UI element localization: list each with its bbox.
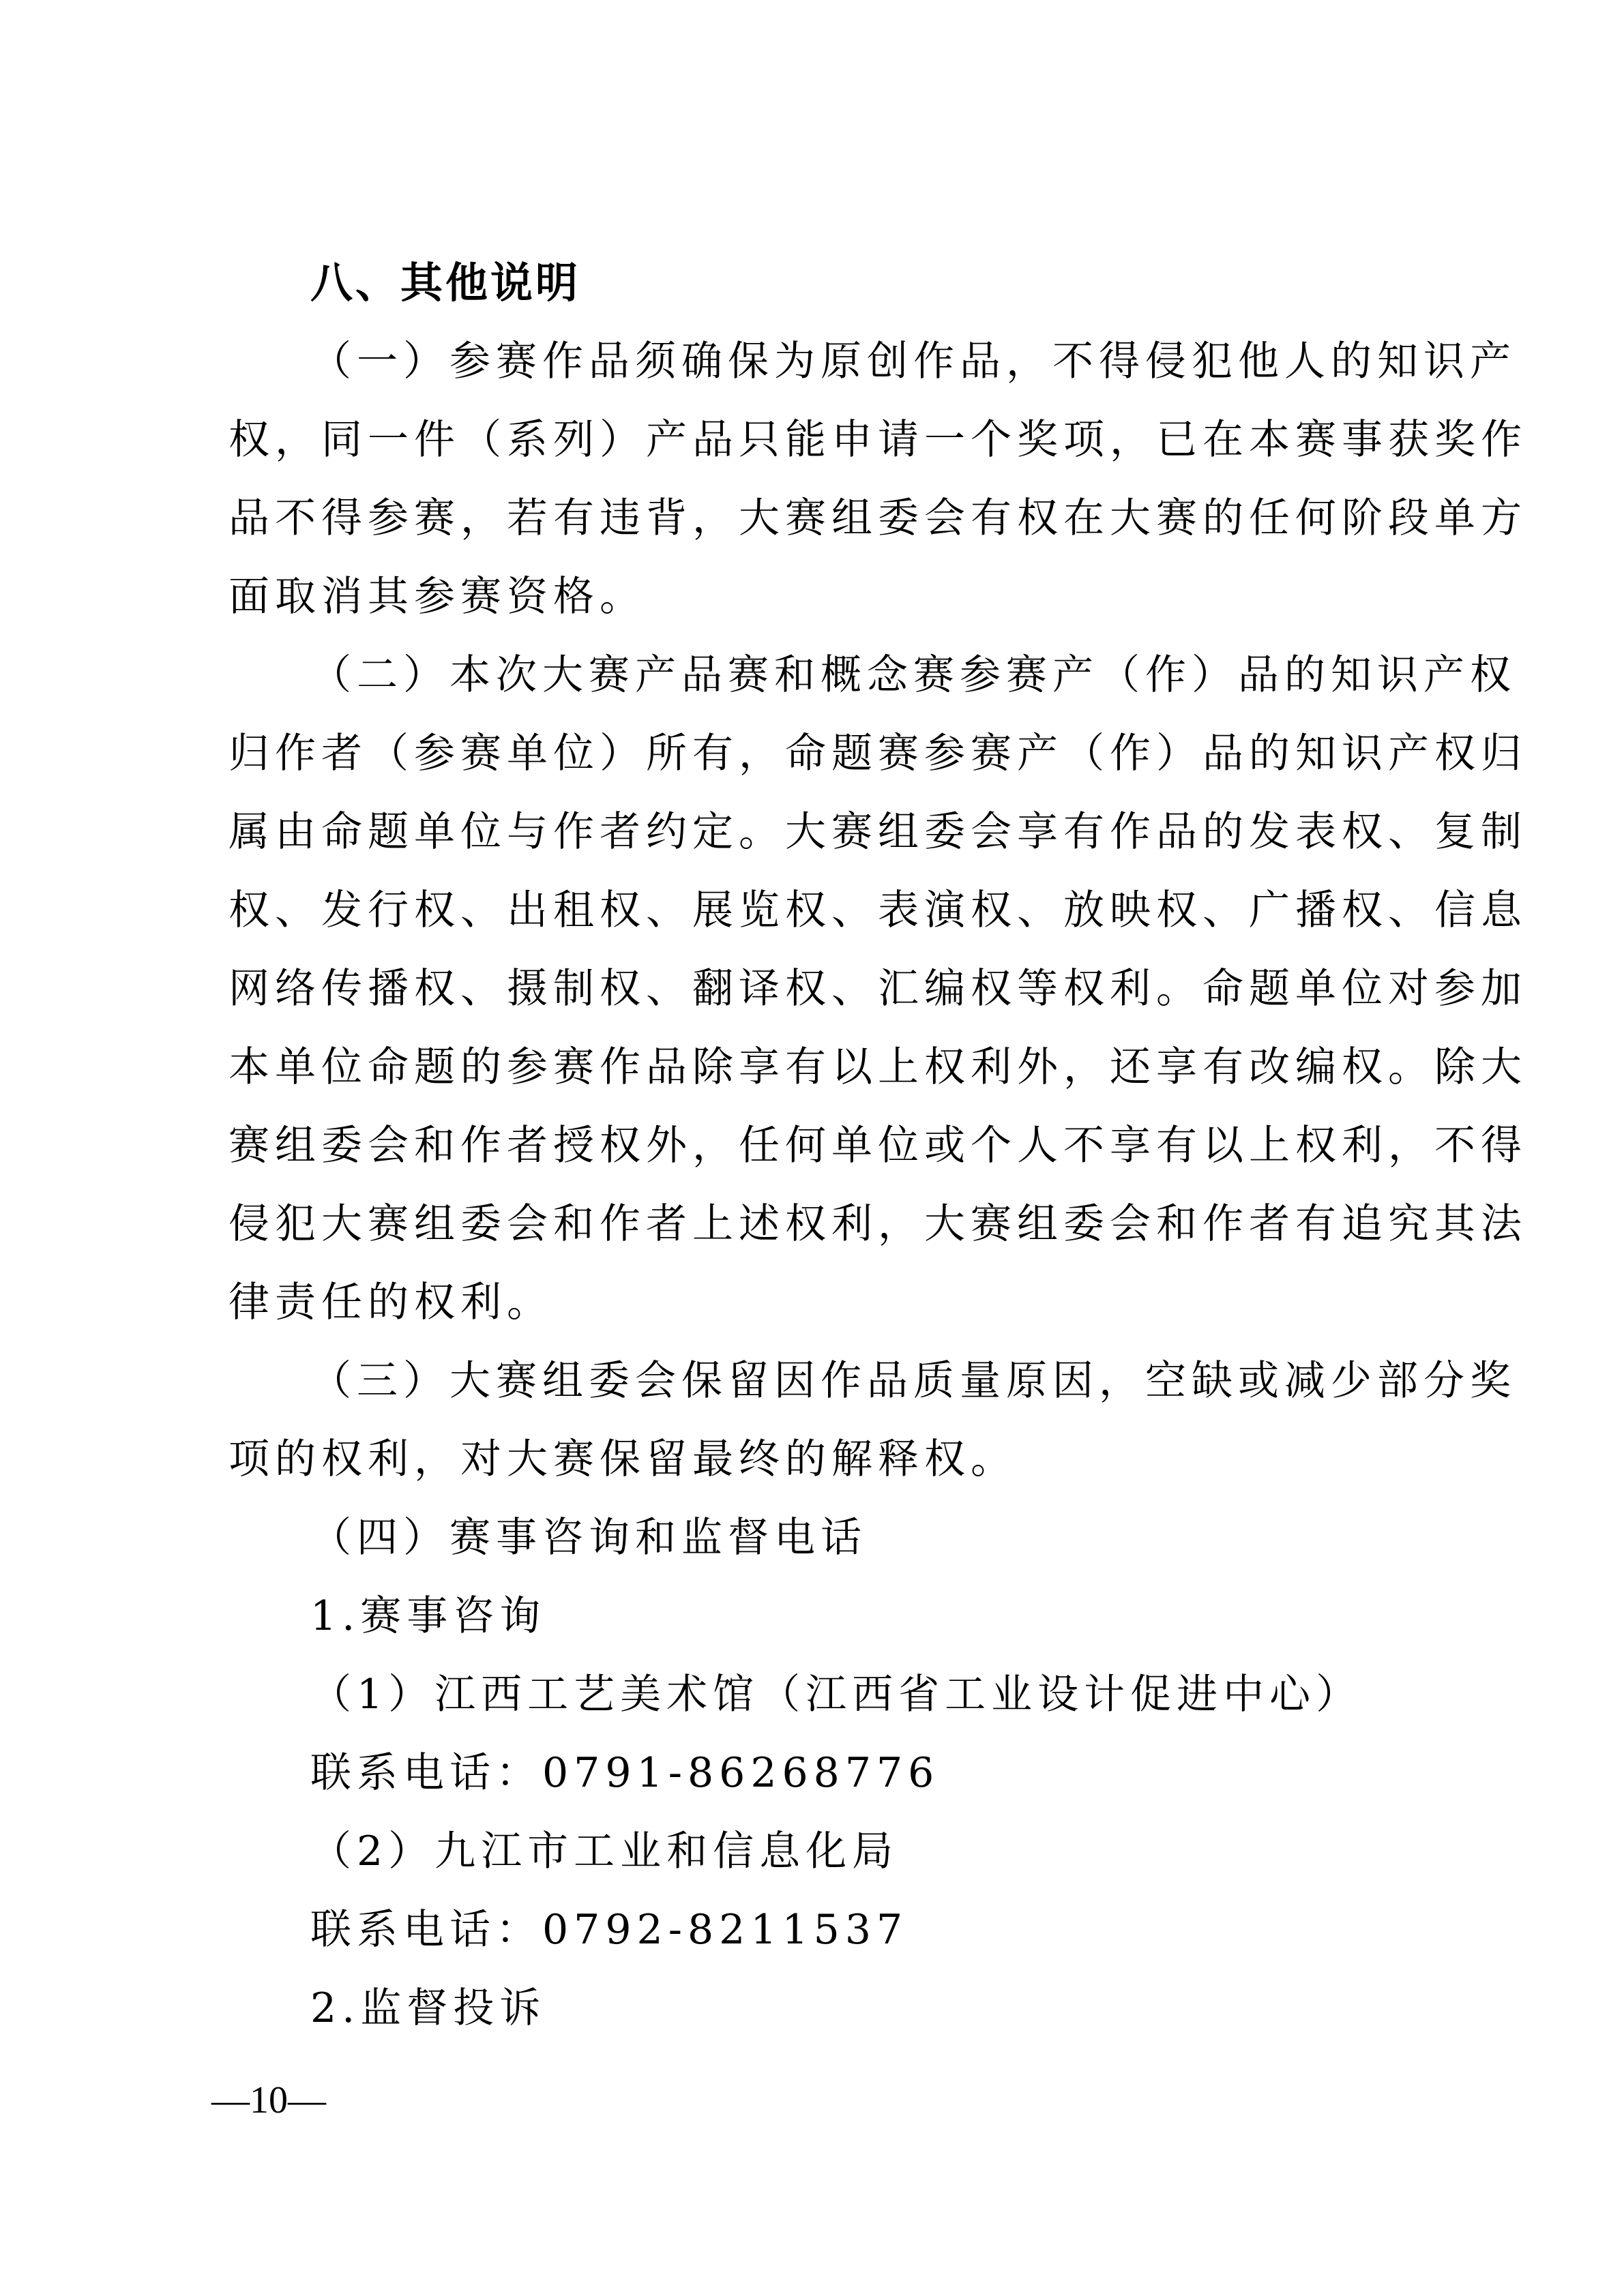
contact-2-phone-row: 联系电话：0792-8211537 xyxy=(310,1903,1429,1957)
paragraph-1-line-3: 品不得参赛，若有违背，大赛组委会有权在大赛的任何阶段单方 xyxy=(228,491,1429,546)
paragraph-2-line-1: （二）本次大赛产品赛和概念赛参赛产（作）品的知识产权 xyxy=(310,648,1429,702)
consult-heading: 1.赛事咨询 xyxy=(310,1589,1429,1643)
paragraph-2-line-5: 网络传播权、摄制权、翻译权、汇编权等权利。命题单位对参加 xyxy=(228,961,1429,1016)
paragraph-2-line-4: 权、发行权、出租权、展览权、表演权、放映权、广播权、信息 xyxy=(228,883,1429,938)
section-heading: 八、其他说明 xyxy=(310,256,580,310)
paragraph-3-line-2: 项的权利，对大赛保留最终的解释权。 xyxy=(228,1432,1429,1487)
contact-section-title: （四）赛事咨询和监督电话 xyxy=(310,1510,1429,1565)
paragraph-2-line-7: 赛组委会和作者授权外，任何单位或个人不享有以上权利，不得 xyxy=(228,1118,1429,1173)
paragraph-2-line-8: 侵犯大赛组委会和作者上述权利，大赛组委会和作者有追究其法 xyxy=(228,1197,1429,1251)
paragraph-1-line-2: 权，同一件（系列）产品只能申请一个奖项，已在本赛事获奖作 xyxy=(228,413,1429,467)
document-page: 八、其他说明 （一）参赛作品须确保为原创作品，不得侵犯他人的知识产 权，同一件（… xyxy=(0,0,1624,2296)
contact-2-phone: 0792-8211537 xyxy=(542,1906,908,1954)
paragraph-1-line-4: 面取消其参赛资格。 xyxy=(228,569,1429,624)
paragraph-2-line-3: 属由命题单位与作者约定。大赛组委会享有作品的发表权、复制 xyxy=(228,805,1429,859)
complaint-heading: 2.监督投诉 xyxy=(310,1981,1429,2036)
contact-1-phone-label: 联系电话： xyxy=(310,1749,542,1797)
contact-1-phone-row: 联系电话：0791-86268776 xyxy=(310,1746,1429,1800)
contact-2-phone-label: 联系电话： xyxy=(310,1906,542,1954)
page-number: —10— xyxy=(211,2076,326,2124)
paragraph-2-line-2: 归作者（参赛单位）所有，命题赛参赛产（作）品的知识产权归 xyxy=(228,726,1429,781)
contact-2-org: （2）九江市工业和信息化局 xyxy=(310,1824,1429,1879)
paragraph-1-line-1: （一）参赛作品须确保为原创作品，不得侵犯他人的知识产 xyxy=(310,334,1429,389)
paragraph-2-line-6: 本单位命题的参赛作品除享有以上权利外，还享有改编权。除大 xyxy=(228,1040,1429,1094)
contact-1-org: （1）江西工艺美术馆（江西省工业设计促进中心） xyxy=(310,1667,1429,1722)
paragraph-3-line-1: （三）大赛组委会保留因作品质量原因，空缺或减少部分奖 xyxy=(310,1354,1429,1408)
contact-1-phone: 0791-86268776 xyxy=(542,1749,939,1797)
paragraph-2-line-9: 律责任的权利。 xyxy=(228,1275,1429,1330)
